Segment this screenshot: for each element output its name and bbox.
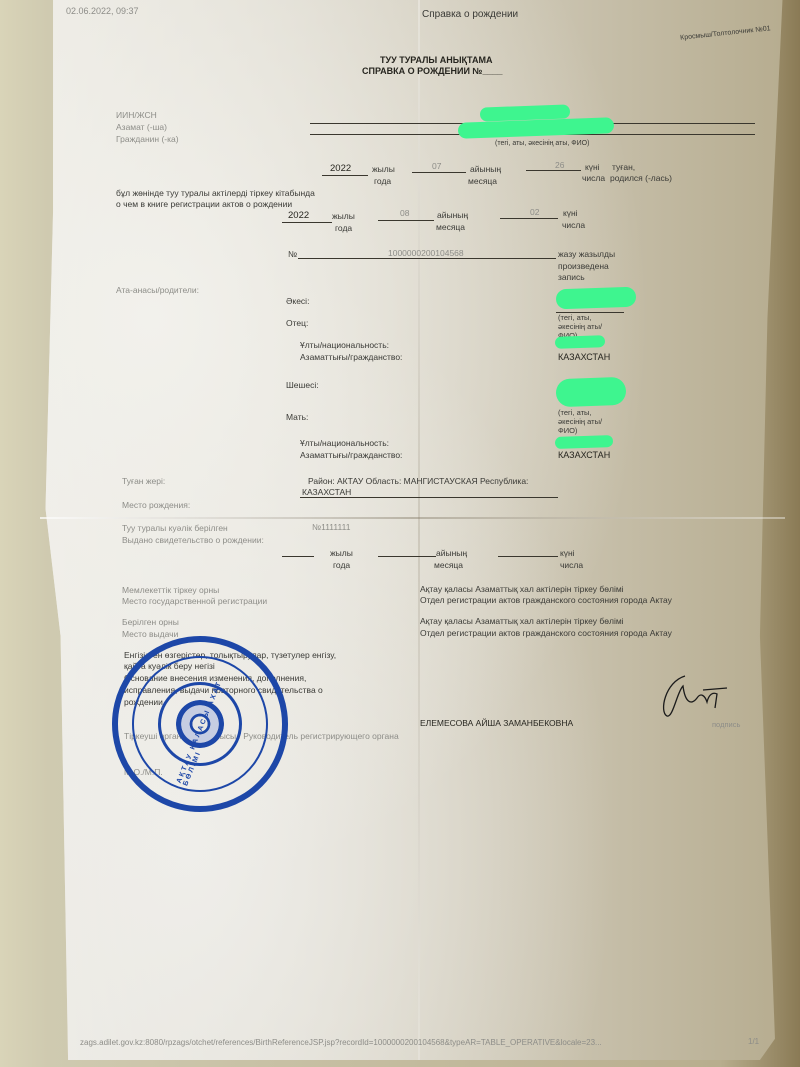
father-citizenship-label: Азаматтығы/гражданство: [300, 352, 402, 363]
certificate-month-label-ru: месяца [434, 560, 463, 571]
citizen-fio-hint: (тегі, аты, әкесінің аты, ФИО) [495, 138, 589, 149]
birth-month-label-kz: айының [470, 164, 501, 175]
certificate-year-line [282, 556, 314, 557]
mother-nationality-label: Ұлты/национальность: [300, 438, 389, 449]
mother-citizenship-label: Азаматтығы/гражданство: [300, 450, 402, 461]
certificate-day-label-kz: күні [560, 548, 575, 559]
birthplace-value-1: Район: АКТАУ Область: МАНГИСТАУСКАЯ Респ… [308, 476, 528, 487]
father-label-kz: Әкесі: [286, 296, 309, 307]
mother-label-ru: Мать: [286, 412, 308, 423]
registration-year-line [282, 222, 332, 223]
birth-day-label-kz: күні [585, 162, 600, 173]
birthplace-label-kz: Туған жері: [122, 476, 165, 487]
father-fio-hint-1: (тегі, аты, [558, 313, 592, 322]
registration-place-value-ru: Отдел регистрации актов гражданского сос… [420, 595, 672, 606]
father-citizenship: КАЗАХСТАН [558, 352, 610, 363]
certificate-day-line [498, 556, 558, 557]
certificate-label-kz: Туу туралы куәлік берілген [122, 523, 228, 534]
parents-label: Ата-анасы/родители: [116, 285, 199, 296]
mother-fio-hint-3: ФИО) [558, 426, 577, 435]
birth-year-line [322, 175, 368, 176]
birth-year-label-ru: года [374, 176, 391, 187]
registration-year-label-kz: жылы [332, 211, 355, 222]
title-ru: СПРАВКА О РОЖДЕНИИ №____ [362, 66, 502, 77]
father-fio-hint-2: әкесінің аты/ [558, 322, 602, 331]
birth-month-line [412, 172, 466, 173]
vertical-fold [418, 0, 420, 1060]
birth-month: 07 [432, 161, 441, 172]
footer-url: zags.adilet.gov.kz:8080/rpzags/otchet/re… [80, 1037, 602, 1048]
born-label-ru: родился (-лась) [610, 173, 672, 184]
father-label-ru: Отец: [286, 318, 308, 329]
registration-month-label-ru: месяца [436, 222, 465, 233]
certificate-month-label-kz: айының [436, 548, 467, 559]
registration-place-label-ru: Место государственной регистрации [122, 596, 267, 607]
iin-label: ИИН/ЖСН [116, 110, 157, 121]
registration-month-label-kz: айының [437, 210, 468, 221]
registration-place-label-kz: Мемлекеттік тіркеу орны [122, 585, 219, 596]
certificate-day-label-ru: числа [560, 560, 583, 571]
birth-day-label-ru: числа [582, 173, 605, 184]
issue-place-label-kz: Берілген орны [122, 617, 179, 628]
registration-day-label-ru: числа [562, 220, 585, 231]
citizen-label-kz: Азамат (-ша) [116, 122, 167, 133]
mother-label-kz: Шешесі: [286, 380, 319, 391]
redaction-father-name [556, 287, 637, 310]
registration-intro-kz: бұл жөнінде туу туралы актілерді тіркеу … [116, 188, 315, 199]
record-number-label: № [288, 249, 297, 260]
registration-day: 02 [530, 207, 539, 218]
birth-month-label-ru: месяца [468, 176, 497, 187]
record-made-ru-2: запись [558, 272, 585, 283]
redaction-father-nationality [555, 335, 605, 349]
birthplace-label-ru: Место рождения: [122, 500, 190, 511]
print-timestamp: 02.06.2022, 09:37 [66, 6, 139, 17]
redaction-mother-nationality [555, 435, 613, 449]
title-kz: ТУУ ТУРАЛЫ АНЫҚТАМА [380, 55, 492, 66]
issue-place-label-ru: Место выдачи [122, 629, 178, 640]
certificate-year-label-kz: жылы [330, 548, 353, 559]
mother-fio-hint-1: (тегі, аты, [558, 408, 592, 417]
registration-year: 2022 [288, 210, 309, 221]
signature-label: подпись [712, 719, 740, 730]
father-nationality-label: Ұлты/национальность: [300, 340, 389, 351]
certificate-year-label-ru: года [333, 560, 350, 571]
registration-place-value-kz: Ақтау қаласы Азаматтық хал актілерін тір… [420, 584, 624, 595]
registration-year-label-ru: года [335, 223, 352, 234]
birth-day-line [526, 170, 581, 171]
record-made-ru-1: произведена [558, 261, 609, 272]
page-title: Справка о рождении [422, 9, 518, 20]
redaction-mother-name [556, 377, 627, 407]
certificate-month-line [378, 556, 436, 557]
certificate-label-ru: Выдано свидетельство о рождении: [122, 535, 264, 546]
issue-place-value-kz: Ақтау қаласы Азаматтық хал актілерін тір… [420, 616, 624, 627]
signatory-name: ЕЛЕМЕСОВА АЙША ЗАМАНБЕКОВНА [420, 718, 573, 729]
horizontal-fold [40, 517, 785, 519]
birthplace-line [300, 497, 558, 498]
birth-year: 2022 [330, 163, 351, 174]
registration-intro-ru: о чем в книге регистрации актов о рожден… [116, 199, 292, 210]
registration-day-label-kz: күні [563, 208, 578, 219]
registration-day-line [500, 218, 558, 219]
issue-place-value-ru: Отдел регистрации актов гражданского сос… [420, 628, 672, 639]
birth-year-label-kz: жылы [372, 164, 395, 175]
page-number: 1/1 [748, 1036, 759, 1047]
born-label-kz: туған, [612, 162, 635, 173]
registration-month-line [378, 220, 434, 221]
mother-citizenship: КАЗАХСТАН [558, 450, 610, 461]
mother-fio-hint-2: әкесінің аты/ [558, 417, 602, 426]
registration-month: 08 [400, 208, 409, 219]
signature-icon [655, 672, 735, 722]
record-made-kz: жазу жазылды [558, 249, 615, 260]
certificate-number: №1111111 [312, 522, 350, 533]
citizen-label-ru: Гражданин (-ка) [116, 134, 179, 145]
record-number: 1000000200104568 [388, 248, 464, 259]
